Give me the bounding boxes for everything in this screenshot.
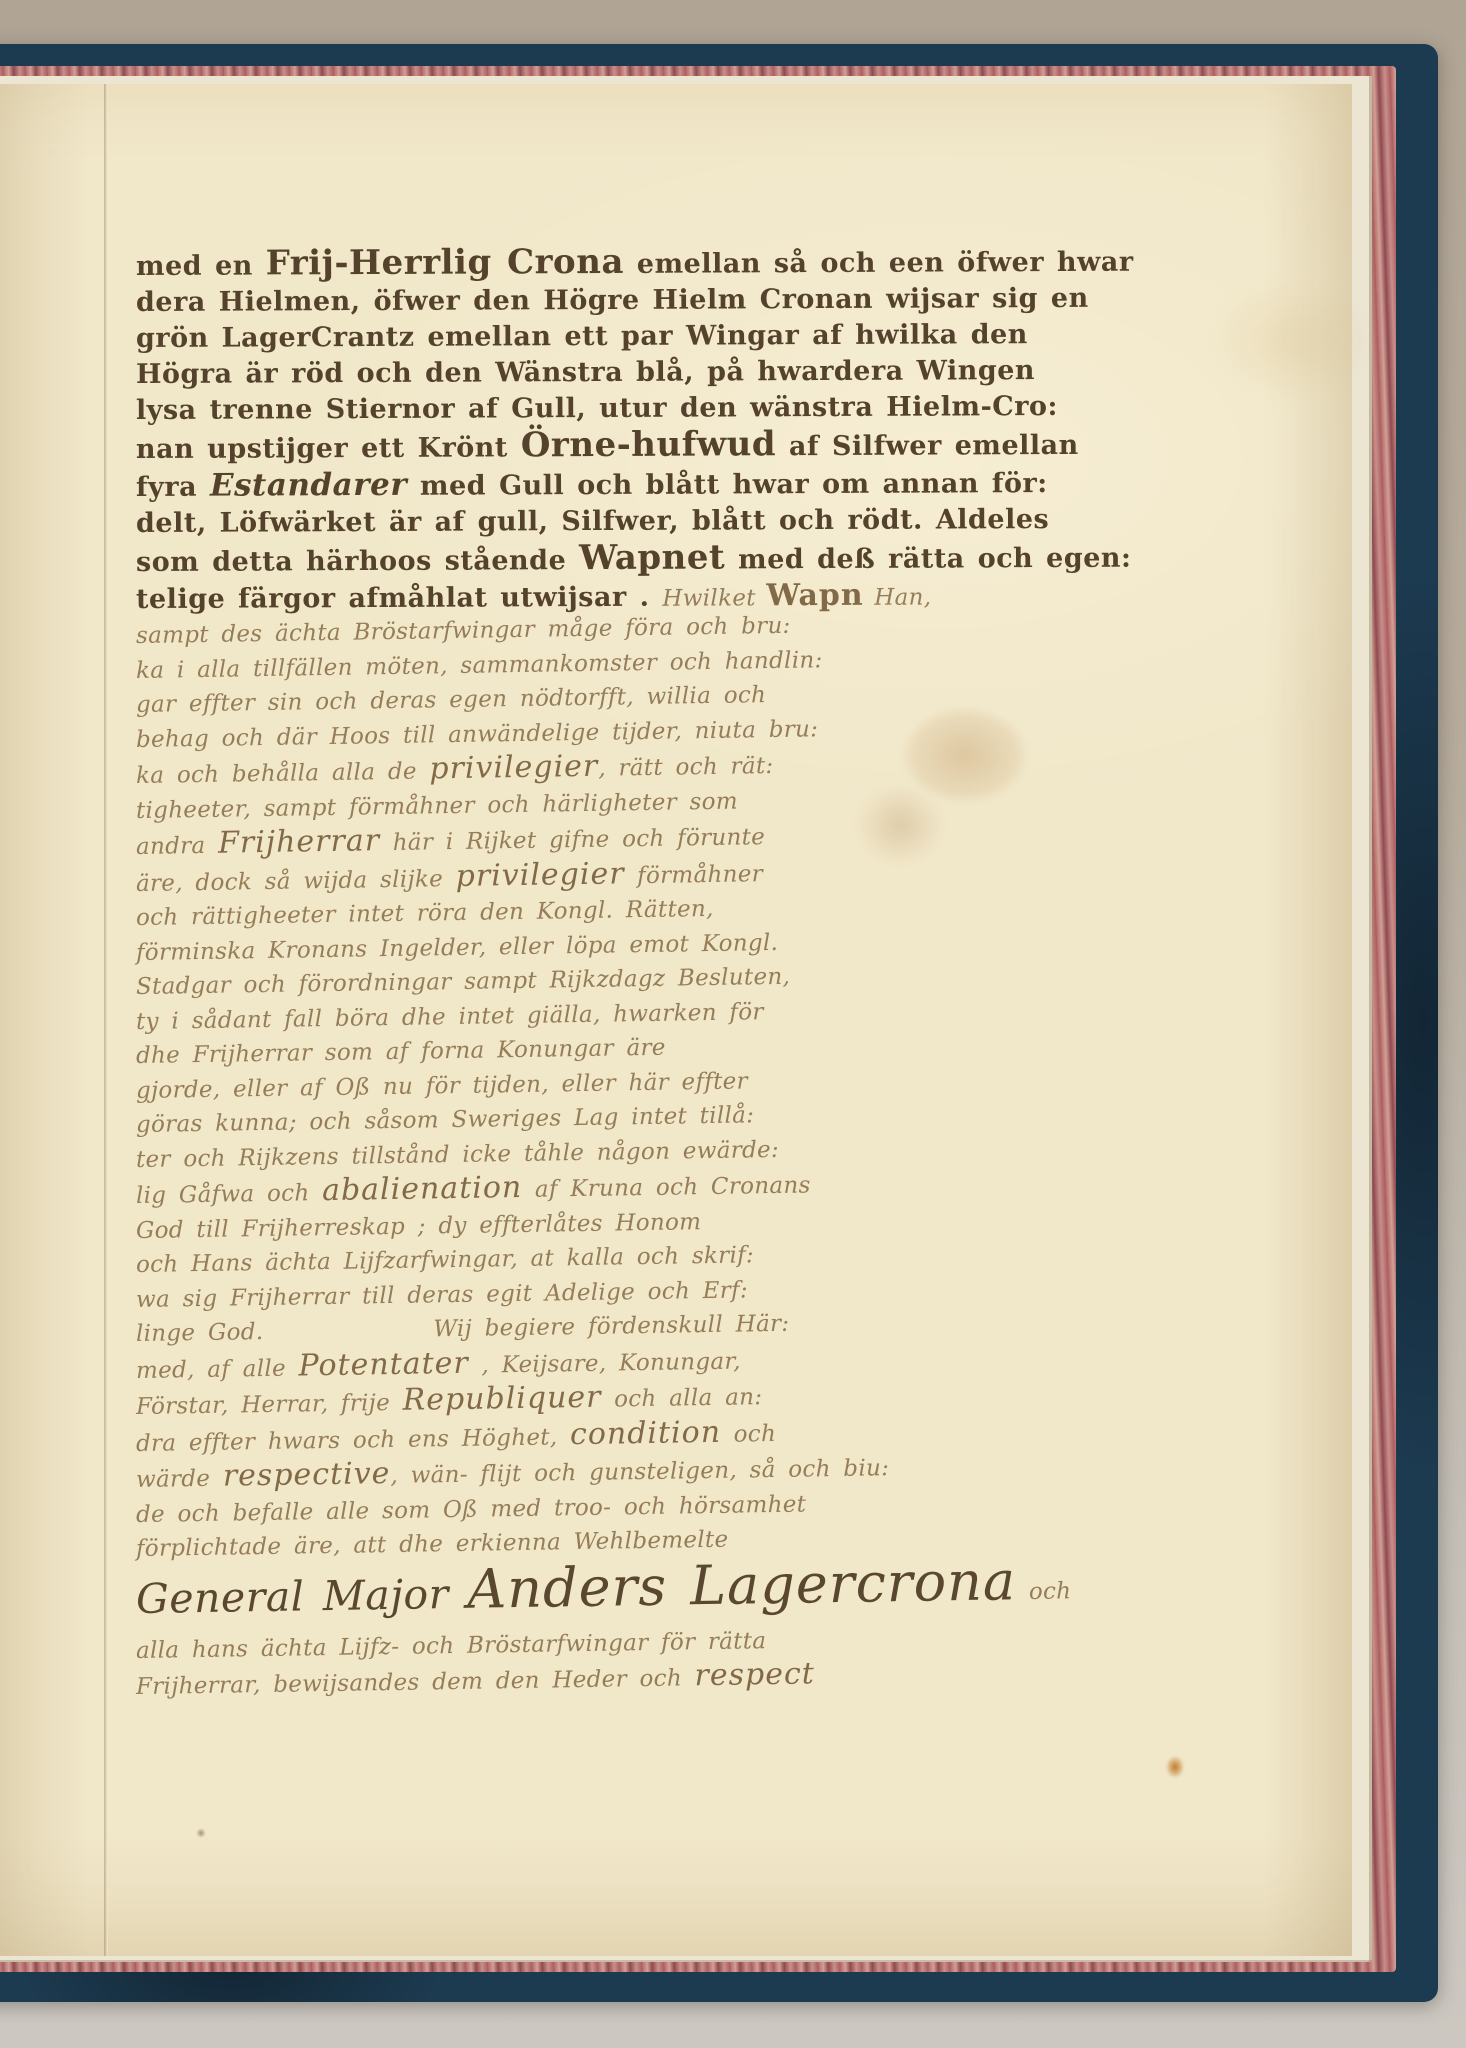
text-line: med en Frij-Herrlig Crona emellan så och… — [136, 241, 1176, 285]
text-segment: abalienation — [322, 1170, 523, 1208]
text-segment: wärde — [136, 1466, 223, 1493]
handwritten-text-block: med en Frij-Herrlig Crona emellan så och… — [136, 246, 1176, 1705]
text-segment: förminska Kronans Ingelder, eller löpa e… — [136, 929, 779, 965]
text-line: Högra är röd och den Wänstra blå, på hwa… — [136, 352, 1176, 393]
text-segment: privilegier — [455, 856, 624, 894]
text-segment: fyra — [136, 472, 210, 503]
text-segment: gjorde, eller af Oß nu för tijden, eller… — [136, 1068, 748, 1104]
text-segment: Högra är röd och den Wänstra blå, på hwa… — [136, 355, 1035, 390]
text-segment: med, af alle — [136, 1355, 299, 1384]
text-segment: Frijherrar, bewijsandes dem den Heder oc… — [136, 1665, 695, 1700]
text-segment: privilegier — [429, 749, 598, 787]
text-segment: här i Rijket gifne och förunte — [380, 824, 765, 856]
text-segment: och Hans ächta Lijfzarfwingar, at kalla … — [136, 1242, 754, 1278]
text-segment: andra — [136, 833, 218, 860]
text-segment: af Silfwer emellan — [776, 430, 1079, 462]
text-segment: med deß rätta och egen: — [725, 543, 1131, 576]
text-segment: förmåhner — [624, 861, 763, 889]
text-segment: ka och behålla alla de — [136, 758, 430, 789]
text-line: fyra Estandarer med Gull och blått hwar … — [136, 463, 1176, 506]
text-segment: Örne-hufwud — [521, 424, 777, 465]
text-segment: linge God. — [136, 1319, 264, 1347]
text-segment: och — [721, 1420, 776, 1447]
text-segment: emellan så och een öfwer hwar — [624, 247, 1134, 280]
text-segment: äre, dock så wijda slijke — [136, 865, 456, 896]
text-segment: Estandarer — [210, 467, 407, 504]
text-segment: alla hans ächta Lijfz- och Bröstarfwinga… — [136, 1628, 767, 1664]
text-segment: Potentater — [298, 1345, 469, 1383]
text-segment: , Keijsare, Konungar, — [469, 1348, 741, 1378]
text-segment: och rättigheeter intet röra den Kongl. R… — [136, 896, 714, 931]
text-line: nan upstijger ett Krönt Örne-hufwud af S… — [136, 424, 1176, 468]
line-gap — [264, 1336, 434, 1339]
text-segment: Wij begiere fördenskull Här: — [433, 1311, 789, 1343]
text-segment: som detta härhoos stående — [136, 545, 579, 578]
text-segment: och alla an: — [601, 1384, 762, 1413]
text-segment: med Gull och blått hwar om annan för: — [407, 468, 1048, 502]
text-segment: Stadgar och förordningar sampt Rijkzdagz… — [136, 964, 791, 1000]
text-segment: condition — [570, 1414, 722, 1451]
text-segment: General Major — [136, 1569, 468, 1622]
text-line: lysa trenne Stiernor af Gull, utur den w… — [136, 388, 1176, 429]
text-segment: dra effter hwars och ens Höghet, — [136, 1424, 570, 1457]
text-segment: dera Hielmen, öfwer den Högre Hielm Cron… — [136, 283, 1089, 318]
text-segment: af Kruna och Cronans — [522, 1172, 811, 1203]
text-segment: tigheeter, sampt förmåhner och härlighet… — [136, 788, 738, 823]
text-segment: Hwilket — [662, 585, 766, 611]
text-segment: Frij-Herrlig Crona — [266, 242, 624, 284]
text-segment: God till Frijherreskap ; dy effterlåtes … — [136, 1209, 702, 1244]
gutter-crease — [104, 84, 108, 1956]
text-segment: wa sig Frijherrar till deras egit Adelig… — [136, 1277, 748, 1313]
text-segment: Anders Lagercrona — [467, 1549, 1017, 1621]
text-segment: nan upstijger ett Krönt — [136, 432, 521, 465]
text-segment: sampt des ächta Bröstarfwingar måge föra… — [136, 613, 791, 649]
text-line: delt, Löfwärket är af gull, Silfwer, blå… — [136, 501, 1176, 542]
text-segment: lig Gåfwa och — [136, 1180, 322, 1209]
text-line: grön LagerCrantz emellan ett par Wingar … — [136, 316, 1176, 357]
text-segment: ty i sådant fall böra dhe intet giälla, … — [136, 999, 764, 1035]
text-segment: ter och Rijkzens tillstånd icke tåhle nå… — [136, 1136, 779, 1172]
text-segment: Wapnet — [579, 537, 725, 578]
text-segment: grön LagerCrantz emellan ett par Wingar … — [136, 319, 1028, 354]
text-segment: med en — [136, 250, 266, 282]
text-segment: och — [1016, 1578, 1071, 1605]
text-segment: respect — [694, 1656, 815, 1693]
text-segment: , rätt och rät: — [598, 753, 774, 782]
text-segment: , wän- flijt och gunsteligen, så och biu… — [390, 1455, 889, 1489]
text-segment: Frijherrar — [218, 823, 381, 861]
text-segment: lysa trenne Stiernor af Gull, utur den w… — [136, 391, 1058, 426]
text-segment: gar effter sin och deras egen nödtorfft,… — [136, 682, 767, 718]
text-line: som detta härhoos stående Wapnet med deß… — [136, 537, 1176, 581]
text-segment: göras kunna; och såsom Sweriges Lag inte… — [136, 1102, 755, 1138]
text-segment: respective — [223, 1456, 391, 1494]
text-segment: delt, Löfwärket är af gull, Silfwer, blå… — [136, 504, 1049, 539]
text-segment: dhe Frijherrar som af forna Konungar äre — [136, 1035, 666, 1069]
text-segment: Republiquer — [402, 1380, 601, 1418]
text-segment: telige färgor afmåhlat utwijsar . — [136, 582, 663, 615]
text-line: dera Hielmen, öfwer den Högre Hielm Cron… — [136, 280, 1176, 321]
text-segment: de och befalle alle som Oß med troo- och… — [136, 1491, 807, 1528]
text-segment: Förstar, Herrar, frije — [136, 1390, 403, 1420]
